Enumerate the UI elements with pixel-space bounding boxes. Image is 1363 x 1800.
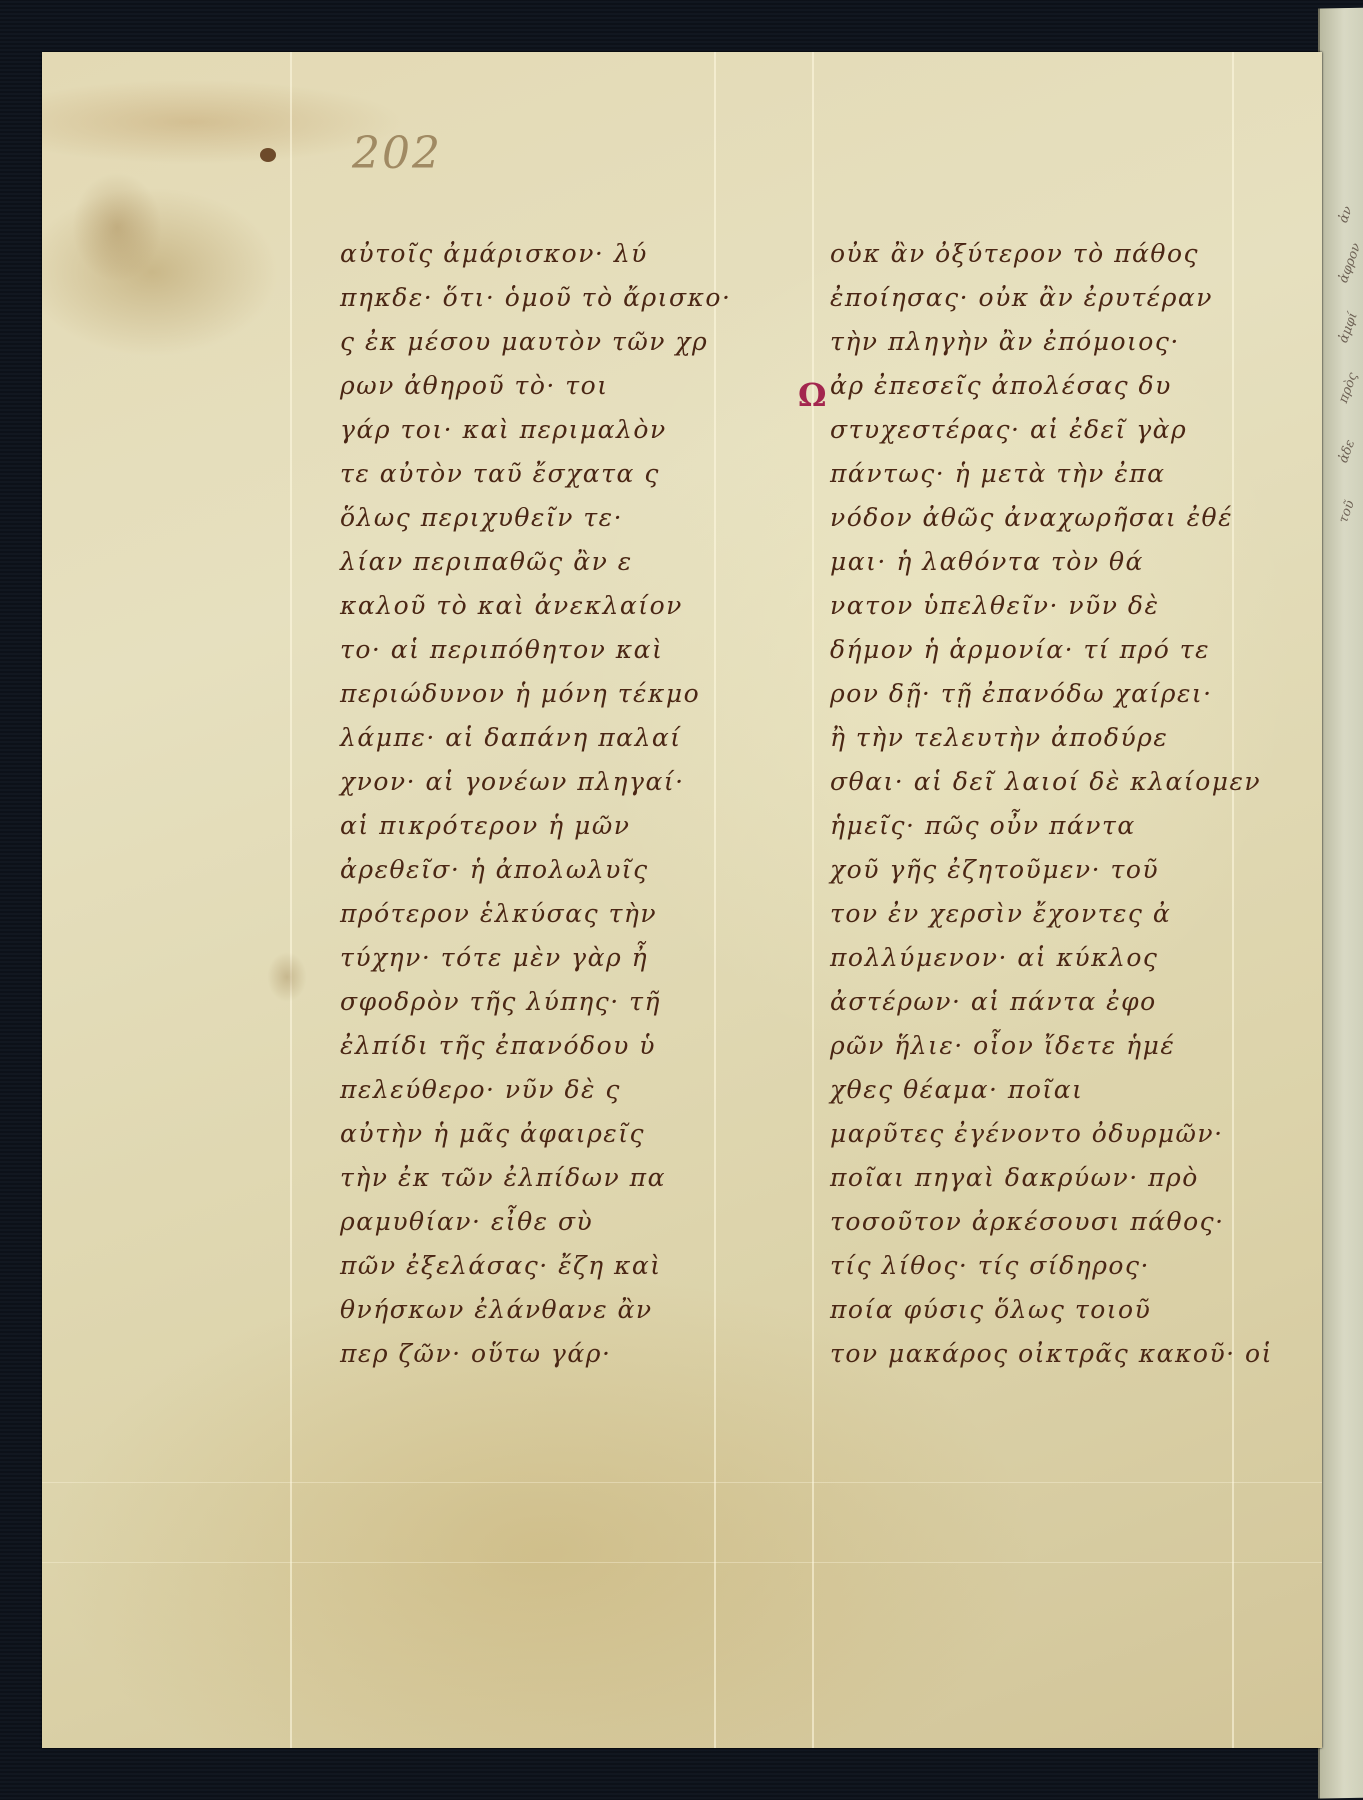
manuscript-line: περ ζῶν· οὕτω γάρ· (340, 1332, 730, 1376)
ruling-line (1232, 52, 1234, 1748)
manuscript-line: ἐποίησας· οὐκ ἂν ἐρυτέραν (830, 276, 1230, 320)
manuscript-line: λάμπε· αἱ δαπάνη παλαί (340, 716, 730, 760)
manuscript-line: το· αἱ περιπόθητον καὶ (340, 628, 730, 672)
manuscript-line: τὴν πληγὴν ἂν ἐπόμοιος· (830, 320, 1230, 364)
manuscript-line: νόδον ἀθῶς ἀναχωρῆσαι ἐθέ (830, 496, 1230, 540)
manuscript-line: αὐτοῖς ἀμάρισκον· λύ (340, 232, 730, 276)
manuscript-line: πρότερον ἑλκύσας τὴν (340, 892, 730, 936)
manuscript-line: ποῖαι πηγαὶ δακρύων· πρὸ (830, 1156, 1230, 1200)
ruling-line (42, 1562, 1322, 1563)
manuscript-line: δήμον ἡ ἁρμονία· τί πρό τε (830, 628, 1230, 672)
manuscript-line: τίς λίθος· τίς σίδηρος· (830, 1244, 1230, 1288)
manuscript-line: ρων ἀθηροῦ τὸ· τοι (340, 364, 730, 408)
rubricated-initial: Ω (798, 376, 826, 414)
manuscript-line: αἱ πικρότερον ἡ μῶν (340, 804, 730, 848)
manuscript-line: ἐλπίδι τῆς ἐπανόδου ὑ (340, 1024, 730, 1068)
water-stain (72, 172, 162, 282)
manuscript-line: καλοῦ τὸ καὶ ἀνεκλαίον (340, 584, 730, 628)
manuscript-line: ρῶν ἥλιε· οἷον ἴδετε ἡμέ (830, 1024, 1230, 1068)
manuscript-line: τὴν ἐκ τῶν ἐλπίδων πα (340, 1156, 730, 1200)
manuscript-line: τύχην· τότε μὲν γὰρ ἦ (340, 936, 730, 980)
manuscript-line: σφοδρὸν τῆς λύπης· τῆ (340, 980, 730, 1024)
manuscript-line: πάντως· ἡ μετὰ τὴν ἐπα (830, 452, 1230, 496)
manuscript-line: πηκδε· ὅτι· ὁμοῦ τὸ ἄρισκο· (340, 276, 730, 320)
manuscript-line: μαι· ἡ λαθόντα τὸν θά (830, 540, 1230, 584)
manuscript-line: νατον ὑπελθεῖν· νῦν δὲ (830, 584, 1230, 628)
marginal-note: ἀδε (1336, 432, 1363, 481)
manuscript-line: τον μακάρος οἰκτρᾶς κακοῦ· οἱ (830, 1332, 1230, 1376)
manuscript-line: πολλύμενον· αἱ κύκλος (830, 936, 1230, 980)
manuscript-line: ἢ τὴν τελευτὴν ἀποδύρε (830, 716, 1230, 760)
manuscript-line: τε αὐτὸν ταῦ ἔσχατα ς (340, 452, 730, 496)
manuscript-line: θνήσκων ἐλάνθανε ἂν (340, 1288, 730, 1332)
ink-blot (260, 148, 276, 162)
manuscript-line: οὐκ ἂν ὀξύτερον τὸ πάθος (830, 232, 1230, 276)
marginal-note: τοῦ (1336, 492, 1363, 541)
manuscript-line: ἀστέρων· αἱ πάντα ἐφο (830, 980, 1230, 1024)
marginal-note: πρὸς (1336, 372, 1363, 421)
manuscript-line: ραμυθίαν· εἶθε σὺ (340, 1200, 730, 1244)
ruling-line (812, 52, 814, 1748)
manuscript-line: στυχεστέρας· αἱ ἐδεῖ γὰρ (830, 408, 1230, 452)
manuscript-line: πῶν ἐξελάσας· ἔζη καὶ (340, 1244, 730, 1288)
manuscript-line: λίαν περιπαθῶς ἂν ε (340, 540, 730, 584)
manuscript-line: χοῦ γῆς ἐζητοῦμεν· τοῦ (830, 848, 1230, 892)
manuscript-line: πελεύθερο· νῦν δὲ ς (340, 1068, 730, 1112)
manuscript-line: περιώδυνον ἡ μόνη τέκμο (340, 672, 730, 716)
manuscript-line: μαρῦτες ἐγένοντο ὀδυρμῶν· (830, 1112, 1230, 1156)
marginal-note: ἀμφί (1336, 312, 1363, 361)
stain (267, 952, 307, 1002)
manuscript-line: γάρ τοι· καὶ περιμαλὸν (340, 408, 730, 452)
marginal-note: ἀφρον (1336, 252, 1363, 301)
manuscript-line: ρον δῇ· τῇ ἐπανόδω χαίρει· (830, 672, 1230, 716)
manuscript-line: σθαι· αἱ δεῖ λαιοί δὲ κλαίομεν (830, 760, 1230, 804)
folio-number: 202 (352, 128, 442, 179)
manuscript-line: ἀρεθεῖσ· ἡ ἀπολωλυῖς (340, 848, 730, 892)
manuscript-line: ἡμεῖς· πῶς οὖν πάντα (830, 804, 1230, 848)
manuscript-line: ς ἐκ μέσου μαυτὸν τῶν χρ (340, 320, 730, 364)
manuscript-line: χθες θέαμα· ποῖαι (830, 1068, 1230, 1112)
ruling-line (290, 52, 292, 1748)
manuscript-line: τοσοῦτον ἀρκέσουσι πάθος· (830, 1200, 1230, 1244)
text-column-right: οὐκ ἂν ὀξύτερον τὸ πάθοςἐποίησας· οὐκ ἂν… (830, 232, 1230, 1376)
manuscript-line: τον ἐν χερσὶν ἔχοντες ἀ (830, 892, 1230, 936)
manuscript-line: ὅλως περιχυθεῖν τε· (340, 496, 730, 540)
manuscript-line: αὐτὴν ἡ μᾶς ἀφαιρεῖς (340, 1112, 730, 1156)
manuscript-line: ποία φύσις ὅλως τοιοῦ (830, 1288, 1230, 1332)
facing-page-marginal-notes: ἀνἀφρονἀμφίπρὸςἀδετοῦ (1336, 220, 1363, 580)
ruling-line (42, 1482, 1322, 1483)
text-column-left: αὐτοῖς ἀμάρισκον· λύπηκδε· ὅτι· ὁμοῦ τὸ … (340, 232, 730, 1376)
manuscript-line: χνον· αἱ γονέων πληγαί· (340, 760, 730, 804)
manuscript-line: ἀρ ἐπεσεῖς ἀπολέσας δυ (830, 364, 1230, 408)
